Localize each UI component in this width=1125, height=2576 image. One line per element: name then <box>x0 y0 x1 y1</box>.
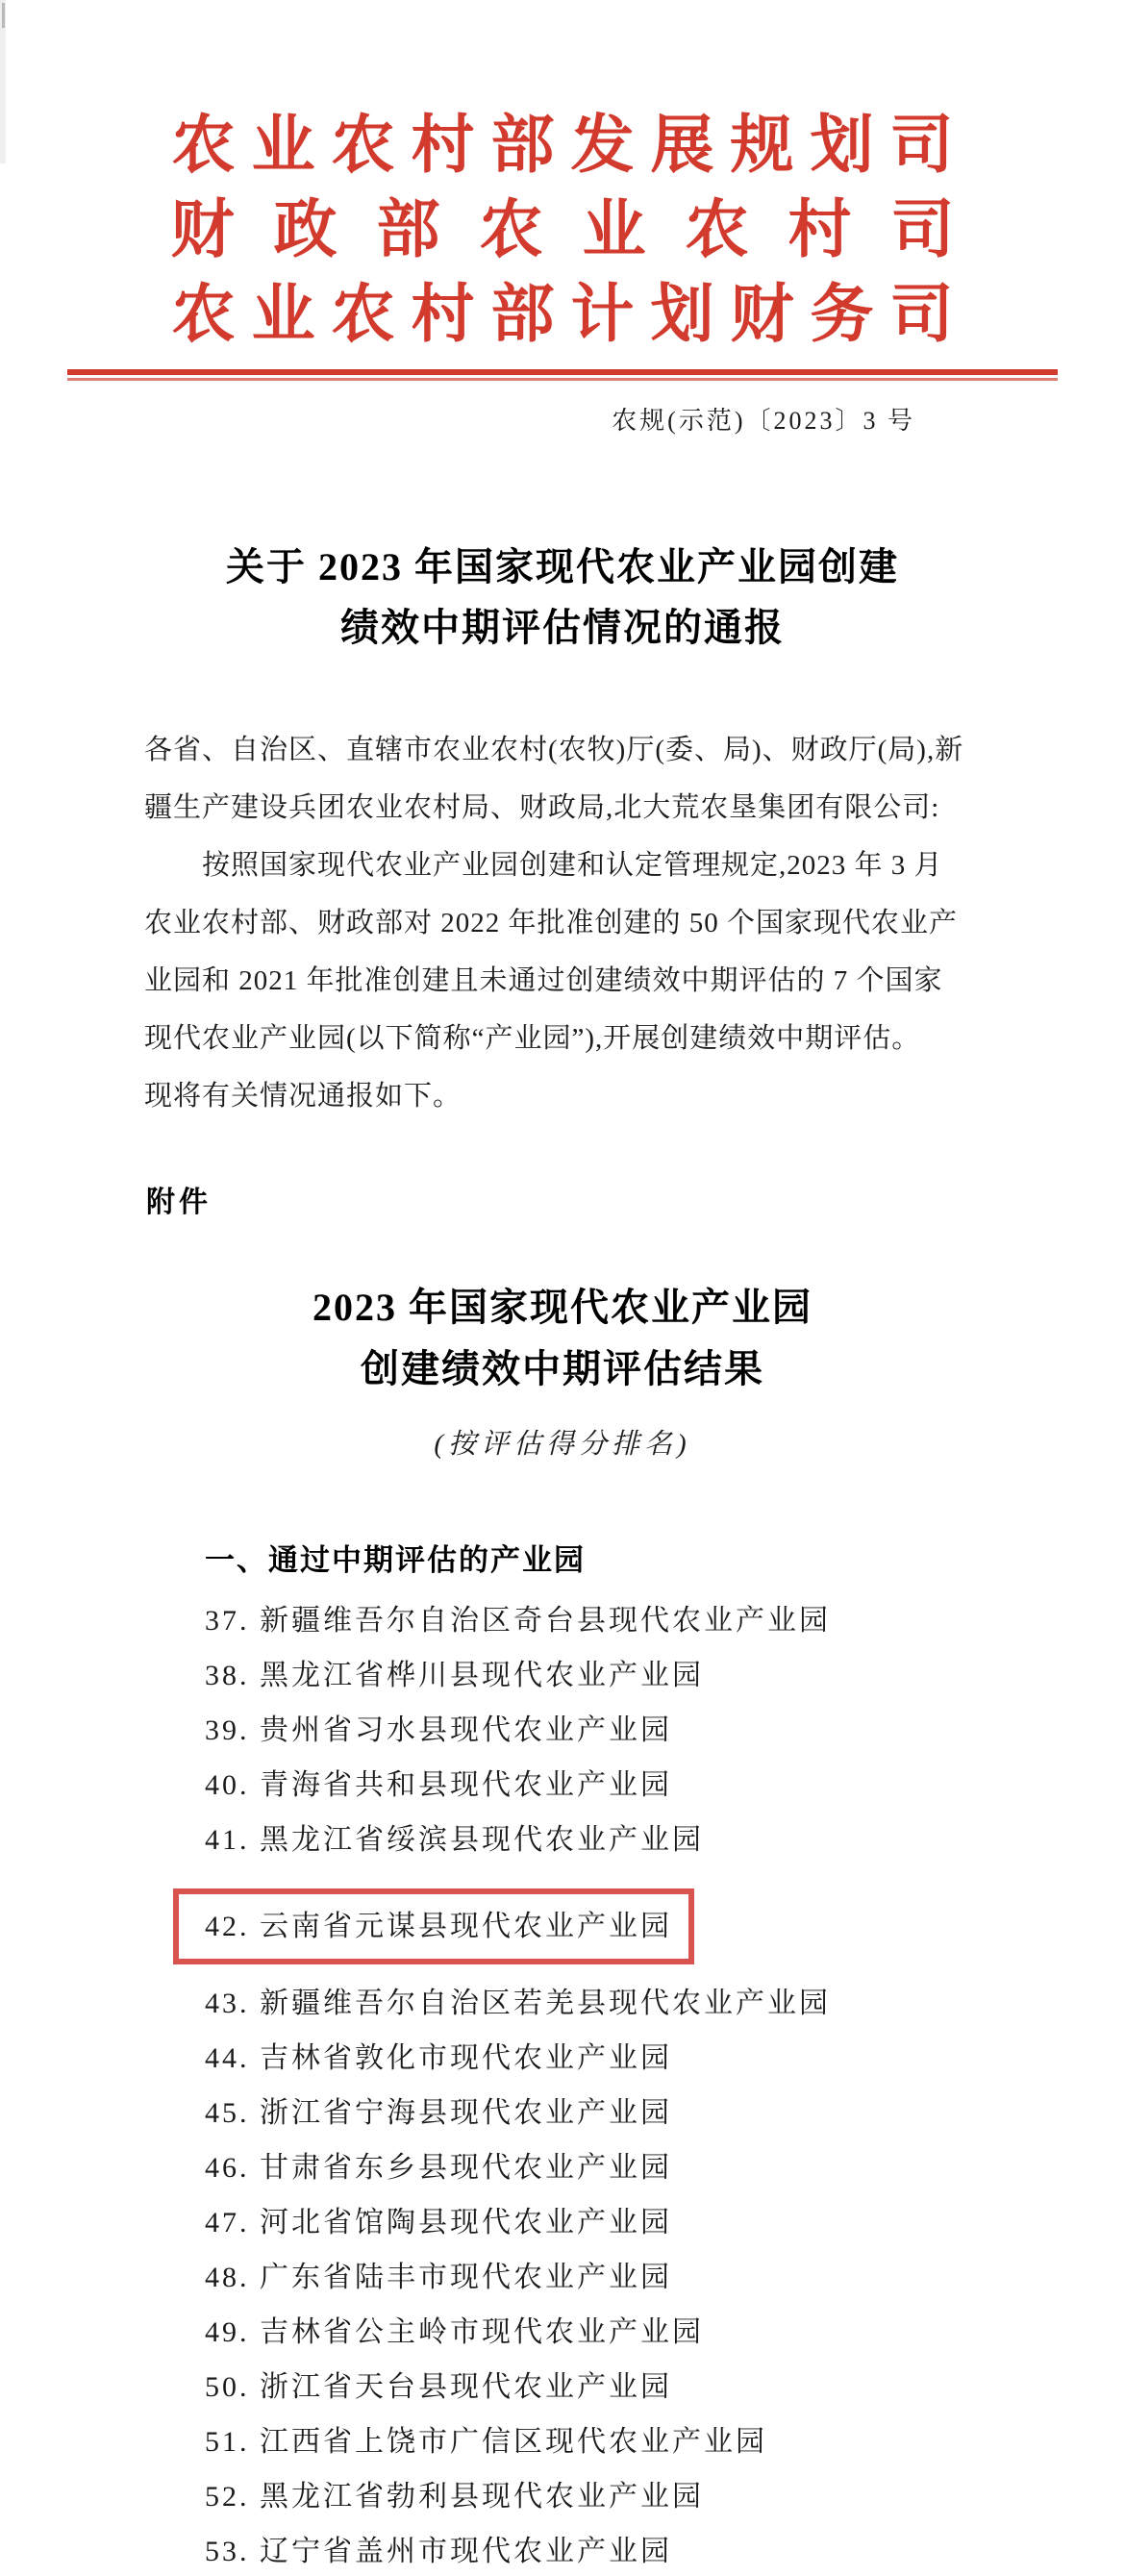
body-line: 业园和 2021 年批准创建且未通过创建绩效中期评估的 7 个国家 <box>144 952 981 1010</box>
scan-edge-tick <box>2 3 5 28</box>
red-double-rule <box>67 369 1058 381</box>
list-item: 37. 新疆维吾尔自治区奇台县现代农业产业园 <box>205 1593 1125 1648</box>
attachment-subtitle: (按评估得分排名) <box>0 1425 1125 1463</box>
attachment-label: 附件 <box>0 1183 1125 1223</box>
body-line: 各省、自治区、直辖市农业农村(农牧)厅(委、局)、财政厅(局),新 <box>144 721 981 779</box>
list-item: 38. 黑龙江省桦川县现代农业产业园 <box>205 1648 1125 1703</box>
list-item: 39. 贵州省习水县现代农业产业园 <box>205 1703 1125 1758</box>
document-title-line-2: 绩效中期评估情况的通报 <box>0 597 1125 658</box>
letterhead-line-2: 财政部农业农村司 <box>0 188 1125 273</box>
list-item: 47. 河北省馆陶县现代农业产业园 <box>205 2195 1125 2250</box>
list-item: 49. 吉林省公主岭市现代农业产业园 <box>205 2305 1125 2360</box>
attachment-title-line-2: 创建绩效中期评估结果 <box>0 1338 1125 1400</box>
document-page: 农业农村部发展规划司 财政部农业农村司 农业农村部计划财务司 农规(示范)〔20… <box>0 0 1125 2576</box>
list-item: 48. 广东省陆丰市现代农业产业园 <box>205 2250 1125 2305</box>
body-line: 农业农村部、财政部对 2022 年批准创建的 50 个国家现代农业产 <box>144 894 981 952</box>
list-item: 40. 青海省共和县现代农业产业园 <box>205 1758 1125 1813</box>
highlighted-list-item: 42. 云南省元谋县现代农业产业园 <box>205 1899 688 1954</box>
body-line: 按照国家现代农业产业园创建和认定管理规定,2023 年 3 月 <box>144 837 981 894</box>
red-letterhead: 农业农村部发展规划司 财政部农业农村司 农业农村部计划财务司 <box>0 0 1125 358</box>
highlight-box: 42. 云南省元谋县现代农业产业园 <box>173 1888 694 1964</box>
section-heading: 一、通过中期评估的产业园 <box>0 1538 1125 1583</box>
document-number: 农规(示范)〔2023〕3 号 <box>0 406 1125 437</box>
letterhead-line-3: 农业农村部计划财务司 <box>0 273 1125 358</box>
list-item: 45. 浙江省宁海县现代农业产业园 <box>205 2086 1125 2140</box>
list-item: 46. 甘肃省东乡县现代农业产业园 <box>205 2140 1125 2195</box>
attachment-title-line-1: 2023 年国家现代农业产业园 <box>0 1277 1125 1338</box>
letterhead-line-1: 农业农村部发展规划司 <box>0 104 1125 188</box>
list-item: 41. 黑龙江省绥滨县现代农业产业园 <box>205 1813 1125 1867</box>
list-item: 52. 黑龙江省勃利县现代农业产业园 <box>205 2469 1125 2524</box>
rule-thin-line <box>67 378 1058 381</box>
body-line: 现代农业产业园(以下简称“产业园”),开展创建绩效中期评估。 <box>144 1010 981 1067</box>
body-line: 疆生产建设兵团农业农村局、财政局,北大荒农垦集团有限公司: <box>144 779 981 837</box>
list-item: 51. 江西省上饶市广信区现代农业产业园 <box>205 2414 1125 2469</box>
body-line: 现将有关情况通报如下。 <box>144 1067 981 1125</box>
document-title-line-1: 关于 2023 年国家现代农业产业园创建 <box>0 537 1125 597</box>
list-item: 43. 新疆维吾尔自治区若羌县现代农业产业园 <box>205 1976 1125 2031</box>
document-title: 关于 2023 年国家现代农业产业园创建 绩效中期评估情况的通报 <box>0 537 1125 658</box>
park-list: 37. 新疆维吾尔自治区奇台县现代农业产业园 38. 黑龙江省桦川县现代农业产业… <box>0 1593 1125 2576</box>
attachment-title: 2023 年国家现代农业产业园 创建绩效中期评估结果 <box>0 1277 1125 1400</box>
list-item: 53. 辽宁省盖州市现代农业产业园 <box>205 2524 1125 2576</box>
body-paragraph: 各省、自治区、直辖市农业农村(农牧)厅(委、局)、财政厅(局),新 疆生产建设兵… <box>0 721 1125 1125</box>
list-item: 44. 吉林省敦化市现代农业产业园 <box>205 2031 1125 2086</box>
list-item: 50. 浙江省天台县现代农业产业园 <box>205 2360 1125 2414</box>
